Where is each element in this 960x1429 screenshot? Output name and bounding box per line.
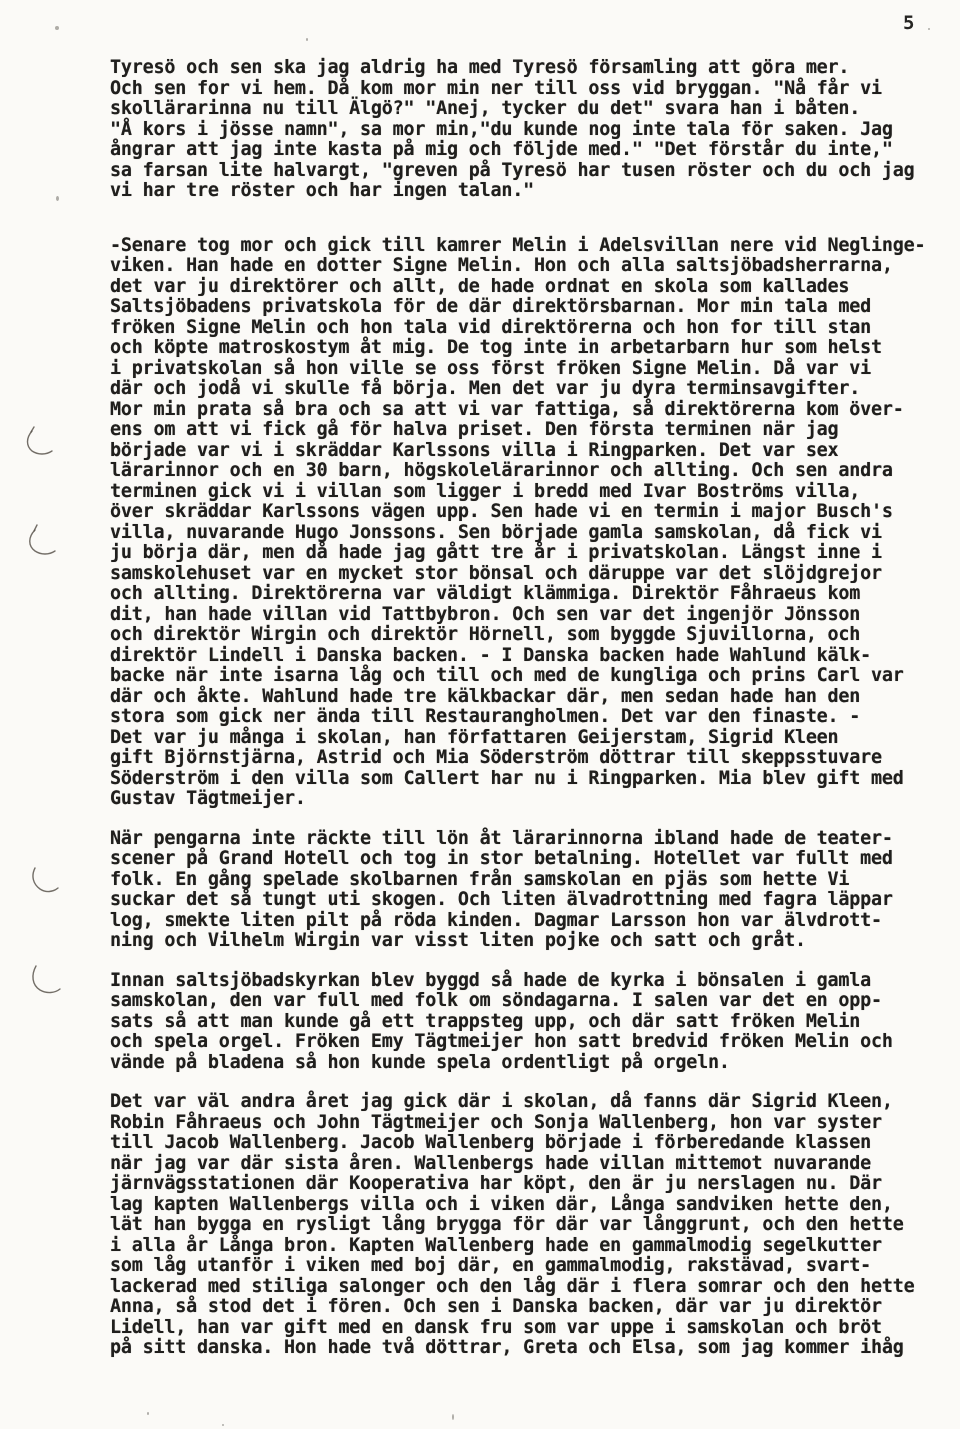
scan-speck: [222, 1424, 224, 1426]
paragraph: -Senare tog mor och gick till kamrer Mel…: [110, 236, 950, 810]
paragraph: Det var väl andra året jag gick där i sk…: [110, 1092, 950, 1359]
text-block: Tyresö och sen ska jag aldrig ha med Tyr…: [110, 58, 950, 1378]
scan-speck: [55, 26, 59, 30]
handwritten-margin-mark-icon: [27, 962, 63, 1000]
handwritten-margin-mark-icon: [22, 424, 56, 460]
page-number: 5: [903, 12, 914, 34]
scan-speck: [306, 38, 308, 41]
scan-speck: [452, 1414, 454, 1420]
paragraph: Innan saltsjöbadskyrkan blev byggd så ha…: [110, 971, 950, 1074]
handwritten-margin-mark-icon: [27, 864, 61, 898]
handwritten-margin-mark-icon: [24, 522, 58, 560]
document-page: 5 Tyresö och sen ska jag aldrig ha med T…: [0, 0, 960, 1429]
scan-speck: [56, 196, 59, 201]
paragraph: Tyresö och sen ska jag aldrig ha med Tyr…: [110, 58, 950, 202]
paragraph: När pengarna inte räckte till lön åt lär…: [110, 829, 950, 952]
scan-speck: [147, 1412, 149, 1415]
scan-speck: [928, 28, 930, 30]
